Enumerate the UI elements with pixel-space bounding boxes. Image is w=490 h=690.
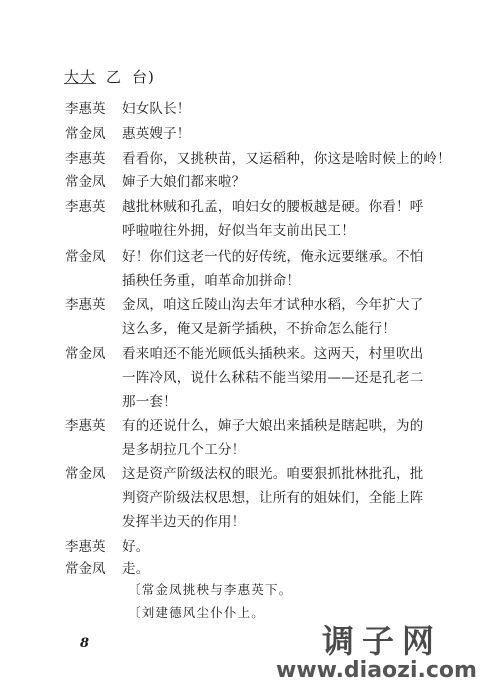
speech-line: 发挥半边天的作用！	[122, 510, 245, 530]
speech-line: 妇女队长！	[122, 97, 191, 117]
speech-line: 有的还说什么，婶子大娘出来插秧是瞎起哄，为的	[122, 414, 423, 434]
speech-line: 一阵冷风，说什么秫秸不能当梁用——还是孔老二	[122, 366, 423, 386]
speech-line: 插秧任务重，咱革命加拼命！	[122, 269, 300, 289]
speaker-name: 常金凤	[65, 557, 106, 577]
speech-line: 看来咱还不能光顾低头插秧来。这两天，村里吹出	[122, 342, 423, 362]
speaker-name: 常金凤	[65, 245, 106, 265]
header-part-1: 乙	[106, 68, 122, 86]
speech-line: 走。	[122, 557, 149, 577]
speaker-name: 常金凤	[65, 170, 106, 190]
speech-line: 判资产阶级法权思想，让所有的姐妹们，全能上阵	[122, 486, 423, 506]
speech-line: 呼啦啦往外拥，好似当年支前出民工！	[122, 219, 355, 239]
speech-line: 好！你们这老一代的好传统，俺永远要继承。不怕	[122, 245, 423, 265]
speech-line: 这是资产阶级法权的眼光。咱要狠抓批林批孔，批	[122, 462, 423, 482]
speaker-name: 李惠英	[65, 293, 106, 313]
speech-line: 婶子大娘们都来啦？	[122, 170, 245, 190]
speech-line: 金凤，咱这丘陵山沟去年才试种水稻，今年扩大了	[122, 293, 423, 313]
watermark-title: 调子网	[322, 616, 442, 662]
speech-line: 惠英嫂子！	[122, 122, 191, 142]
page-number: 8	[80, 636, 89, 651]
watermark-url: www.diaozi.com	[276, 658, 477, 683]
speech-line: 越批林贼和孔孟，咱妇女的腰板越是硬。你看！呼	[122, 195, 423, 215]
speaker-name: 李惠英	[65, 147, 106, 167]
speech-line: 是多胡拉几个工分！	[122, 438, 245, 458]
speaker-name: 李惠英	[65, 414, 106, 434]
stage-direction: 〔刘建德风尘仆仆上。	[128, 603, 265, 621]
stage-direction: 〔常金凤挑秧与李惠英下。	[128, 580, 292, 598]
speaker-name: 李惠英	[65, 97, 106, 117]
speech-line: 这么多，俺又是新学插秧，不拚命怎么能行！	[122, 317, 396, 337]
speaker-name: 李惠英	[65, 535, 106, 555]
speaker-name: 常金凤	[65, 462, 106, 482]
header-fragment: 大大乙台)	[64, 66, 155, 87]
speaker-name: 常金凤	[65, 122, 106, 142]
speaker-name: 常金凤	[65, 342, 106, 362]
speech-line: 那一套！	[122, 390, 177, 410]
header-underlined: 大大	[64, 68, 96, 86]
speech-line: 看看你，又挑秧苗，又运稻种，你这是啥时候上的岭！	[122, 147, 451, 167]
header-part-2: 台)	[132, 68, 155, 86]
speaker-name: 李惠英	[65, 195, 106, 215]
speech-line: 好。	[122, 535, 149, 555]
